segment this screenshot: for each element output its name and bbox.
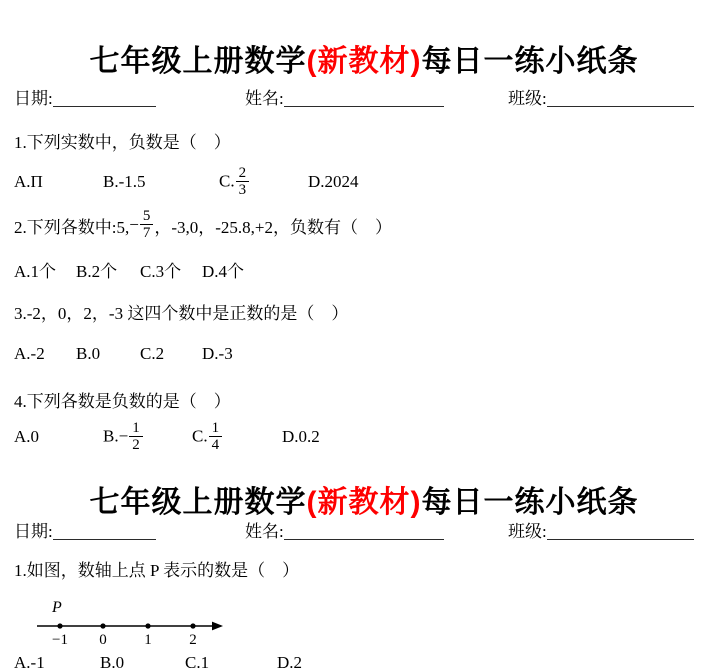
option-d: D.2024 bbox=[308, 172, 359, 192]
class-blank-line bbox=[547, 105, 694, 107]
option-a: A.Π bbox=[14, 172, 103, 192]
option-c: C.14 bbox=[192, 421, 282, 454]
number-line-dot bbox=[145, 623, 150, 628]
name-field: 姓名: bbox=[245, 84, 444, 109]
sheet2-title: 七年级上册数学(新教材)每日一练小纸条 bbox=[0, 485, 728, 521]
date-label: 日期: bbox=[14, 522, 53, 541]
option-d: D.4个 bbox=[202, 257, 244, 282]
sheet1-question-2-text: 2.下列各数中:5,−57，-3,0，-25.8,+2，负数有（ ） bbox=[14, 205, 392, 245]
option-c-label: C. bbox=[192, 426, 208, 445]
fraction-denominator: 3 bbox=[236, 182, 250, 198]
sheet1-question-4-options: A.0 B.−12 C.14 D.0.2 bbox=[14, 417, 320, 457]
sheet2-question-1-options: A.-1 B.0 C.1 D.2 bbox=[14, 653, 302, 671]
minus-sign: − bbox=[129, 215, 139, 235]
option-d: D.2 bbox=[277, 653, 302, 671]
date-label: 日期: bbox=[14, 89, 53, 108]
question-2-text-post: ，-3,0，-25.8,+2，负数有（ ） bbox=[154, 213, 392, 238]
number-line-figure: P −1 0 1 2 bbox=[30, 596, 240, 648]
option-a: A.0 bbox=[14, 427, 103, 447]
title-accent-text: (新教材) bbox=[307, 486, 422, 519]
fraction-denominator: 2 bbox=[129, 437, 143, 453]
question-2-text-pre: 2.下列各数中:5, bbox=[14, 213, 129, 238]
sheet2-header-fields: 日期: 姓名: 班级: bbox=[0, 517, 728, 543]
sheet1-title: 七年级上册数学(新教材)每日一练小纸条 bbox=[0, 44, 728, 80]
option-b-label: B. bbox=[103, 426, 119, 445]
date-field: 日期: bbox=[14, 84, 156, 109]
class-blank-line bbox=[547, 538, 694, 540]
title-text-left: 七年级上册数学 bbox=[90, 486, 307, 519]
number-line-dot bbox=[100, 623, 105, 628]
minus-sign: − bbox=[119, 426, 129, 445]
option-c: C.3个 bbox=[140, 257, 202, 282]
option-c: C.1 bbox=[185, 653, 277, 671]
sheet1-question-4-text: 4.下列各数是负数的是（ ） bbox=[14, 387, 231, 412]
option-c: C.23 bbox=[219, 166, 308, 199]
date-blank-line bbox=[53, 105, 156, 107]
option-d: D.0.2 bbox=[282, 427, 320, 447]
option-a: A.-2 bbox=[14, 344, 76, 364]
option-b: B.0 bbox=[76, 344, 140, 364]
tick-label: 1 bbox=[144, 632, 152, 648]
option-a: A.-1 bbox=[14, 653, 100, 671]
class-field: 班级: bbox=[508, 517, 694, 542]
name-field: 姓名: bbox=[245, 517, 444, 542]
option-b: B.−12 bbox=[103, 421, 192, 454]
tick-label: 0 bbox=[99, 632, 107, 648]
sheet2-question-1-text: 1.如图，数轴上点 P 表示的数是（ ） bbox=[14, 556, 299, 581]
date-field: 日期: bbox=[14, 517, 156, 542]
date-blank-line bbox=[53, 538, 156, 540]
title-text-right: 每日一练小纸条 bbox=[421, 45, 638, 78]
title-accent-text: (新教材) bbox=[307, 45, 422, 78]
option-b: B.2个 bbox=[76, 257, 140, 282]
fraction-two-thirds: 23 bbox=[236, 165, 250, 198]
sheet1-question-3-options: A.-2 B.0 C.2 D.-3 bbox=[14, 344, 233, 364]
fraction-numerator: 2 bbox=[236, 165, 250, 182]
arrow-right-icon bbox=[212, 622, 223, 631]
option-b: B.0 bbox=[100, 653, 185, 671]
tick-label: 2 bbox=[189, 632, 197, 648]
fraction-numerator: 1 bbox=[129, 420, 143, 437]
option-a: A.1个 bbox=[14, 257, 76, 282]
number-line-dot bbox=[190, 623, 195, 628]
option-c-label: C. bbox=[219, 171, 235, 190]
option-d: D.-3 bbox=[202, 344, 233, 364]
fraction-one-quarter: 14 bbox=[209, 420, 223, 453]
class-field: 班级: bbox=[508, 84, 694, 109]
number-line-dot bbox=[57, 623, 62, 628]
class-label: 班级: bbox=[508, 89, 547, 108]
sheet1-question-2-options: A.1个 B.2个 C.3个 D.4个 bbox=[14, 257, 244, 282]
class-label: 班级: bbox=[508, 522, 547, 541]
fraction-numerator: 5 bbox=[140, 208, 154, 225]
option-c: C.2 bbox=[140, 344, 202, 364]
fraction-one-half: 12 bbox=[129, 420, 143, 453]
sheet1-header-fields: 日期: 姓名: 班级: bbox=[0, 84, 728, 110]
name-blank-line bbox=[284, 538, 444, 540]
sheet1-question-3-text: 3.-2，0，2，-3 这四个数中是正数的是（ ） bbox=[14, 299, 348, 324]
sheet1-question-1-text: 1.下列实数中，负数是（ ） bbox=[14, 128, 231, 153]
fraction-five-sevenths: 57 bbox=[140, 208, 154, 241]
name-label: 姓名: bbox=[245, 89, 284, 108]
name-label: 姓名: bbox=[245, 522, 284, 541]
title-text-left: 七年级上册数学 bbox=[90, 45, 307, 78]
tick-label: −1 bbox=[52, 632, 68, 648]
fraction-denominator: 4 bbox=[209, 437, 223, 453]
sheet1-question-1-options: A.Π B.-1.5 C.23 D.2024 bbox=[14, 162, 359, 202]
name-blank-line bbox=[284, 105, 444, 107]
fraction-numerator: 1 bbox=[209, 420, 223, 437]
title-text-right: 每日一练小纸条 bbox=[421, 486, 638, 519]
option-b: B.-1.5 bbox=[103, 172, 219, 192]
worksheet-page: 七年级上册数学(新教材)每日一练小纸条 日期: 姓名: 班级: 1.下列实数中，… bbox=[0, 0, 728, 671]
point-p-label: P bbox=[51, 599, 62, 616]
fraction-denominator: 7 bbox=[140, 225, 154, 241]
